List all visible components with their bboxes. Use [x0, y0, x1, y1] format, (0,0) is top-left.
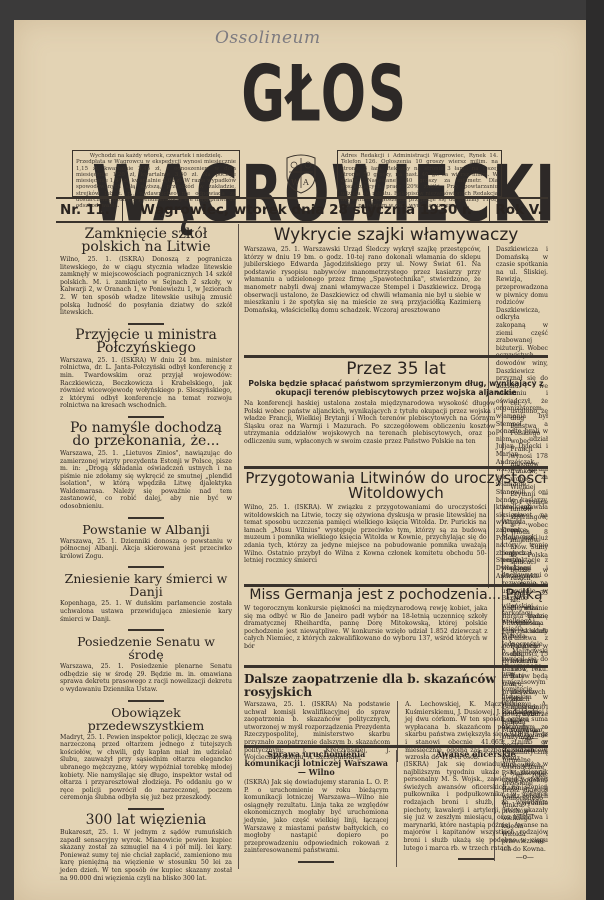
divider — [128, 517, 164, 519]
divider — [458, 858, 494, 860]
article-body: Warszawa, 25. 1. Posiedzenie plenarne Se… — [60, 663, 232, 693]
svg-text:A: A — [302, 178, 309, 187]
article-title: Po namyśle dochodzą do przekonania, że..… — [60, 422, 232, 448]
divider — [128, 323, 164, 325]
subscription-info-box: Wychodzi na każdy wtorek, czwartek i nie… — [72, 150, 240, 197]
issue-number: Nr. 11. — [56, 199, 123, 221]
coat-of-arms-icon: W A — [283, 152, 319, 194]
issue-year: Rok V. — [489, 199, 548, 221]
article-title: Obowiązek przedewszystkiem — [60, 706, 232, 732]
section-rule — [244, 665, 548, 668]
editorial-address-box: Adres Redakcji i Administracji Wągrowiec… — [337, 150, 502, 197]
article-body: Bukareszt, 25. 1. W jednym z sądów rumuń… — [60, 829, 232, 882]
article-body: (ISKRA) Jak się dowiadujemy starania L. … — [244, 779, 389, 855]
article-title: Zamknięcie szkół polskich na Litwie — [60, 228, 232, 254]
article-title: Przygotowania Litwinów do uroczystości W… — [244, 471, 548, 501]
article-body: Warszawa, 25. 1. (ISKRA) W dniu 24 bm. m… — [60, 357, 232, 410]
svg-text:W: W — [291, 178, 300, 187]
divider — [128, 629, 164, 631]
divider — [128, 700, 164, 702]
article-title: Dalsze zaopatrzenie dla b. skazańców ros… — [244, 673, 548, 699]
article-body: (ISKRA) Jak się dowiadujemy, już w najbl… — [404, 761, 549, 852]
bottom-articles: Sprawa uruchomienia komunikacji lotnicze… — [244, 750, 548, 867]
article-title: Miss Germanja jest z pochodzenia... Polk… — [244, 588, 548, 603]
article-title: Awanse oficerskie — [404, 750, 549, 759]
divider — [128, 416, 164, 418]
article-title: Sprawa uruchomienia komunikacji lotnicze… — [244, 750, 389, 777]
section-rule — [244, 745, 548, 748]
article-body: Madryt, 25. 1. Pewien inspektor policji,… — [60, 734, 232, 802]
article-title: Zniesienie kary śmierci w Danji — [60, 572, 232, 598]
scan-background — [586, 0, 604, 900]
issue-date: Wągrowiec, wtorek dnia 28 stycznia 1930 … — [123, 202, 489, 218]
divider — [128, 566, 164, 568]
article-body: Warszawa, 25. 1. Dzienniki donoszą o pow… — [60, 538, 232, 561]
article-title: 300 lat więzienia — [60, 814, 232, 827]
article-title: Posiedzenie Senatu w środę — [60, 635, 232, 661]
issue-bar: Nr. 11. Wągrowiec, wtorek dnia 28 styczn… — [56, 197, 548, 223]
left-column: Zamknięcie szkół polskich na Litwie Wiln… — [60, 224, 232, 882]
article-title: Przyjęcie u ministra Połczyńskiego — [60, 329, 232, 355]
article-title: Przez 35 lat — [244, 360, 548, 378]
section-rule — [244, 355, 548, 358]
article-body: Kopenhaga, 25. 1. W duńskim parlamencie … — [60, 600, 232, 623]
divider — [298, 861, 334, 863]
article-body: Wilno, 25. 1. (ISKRA) Donoszą z pogranic… — [60, 256, 232, 317]
article-body: Warszawa, 25. 1. „Lietuvos Zinios", nawi… — [60, 450, 232, 511]
divider — [128, 808, 164, 810]
article-title: Wykrycie szajki włamywaczy — [244, 226, 548, 244]
article-subtitle: Polska będzie spłacać państwom sprzymier… — [244, 379, 548, 397]
article-title: Powstanie w Albanji — [60, 523, 232, 536]
column-rule — [238, 224, 239, 869]
